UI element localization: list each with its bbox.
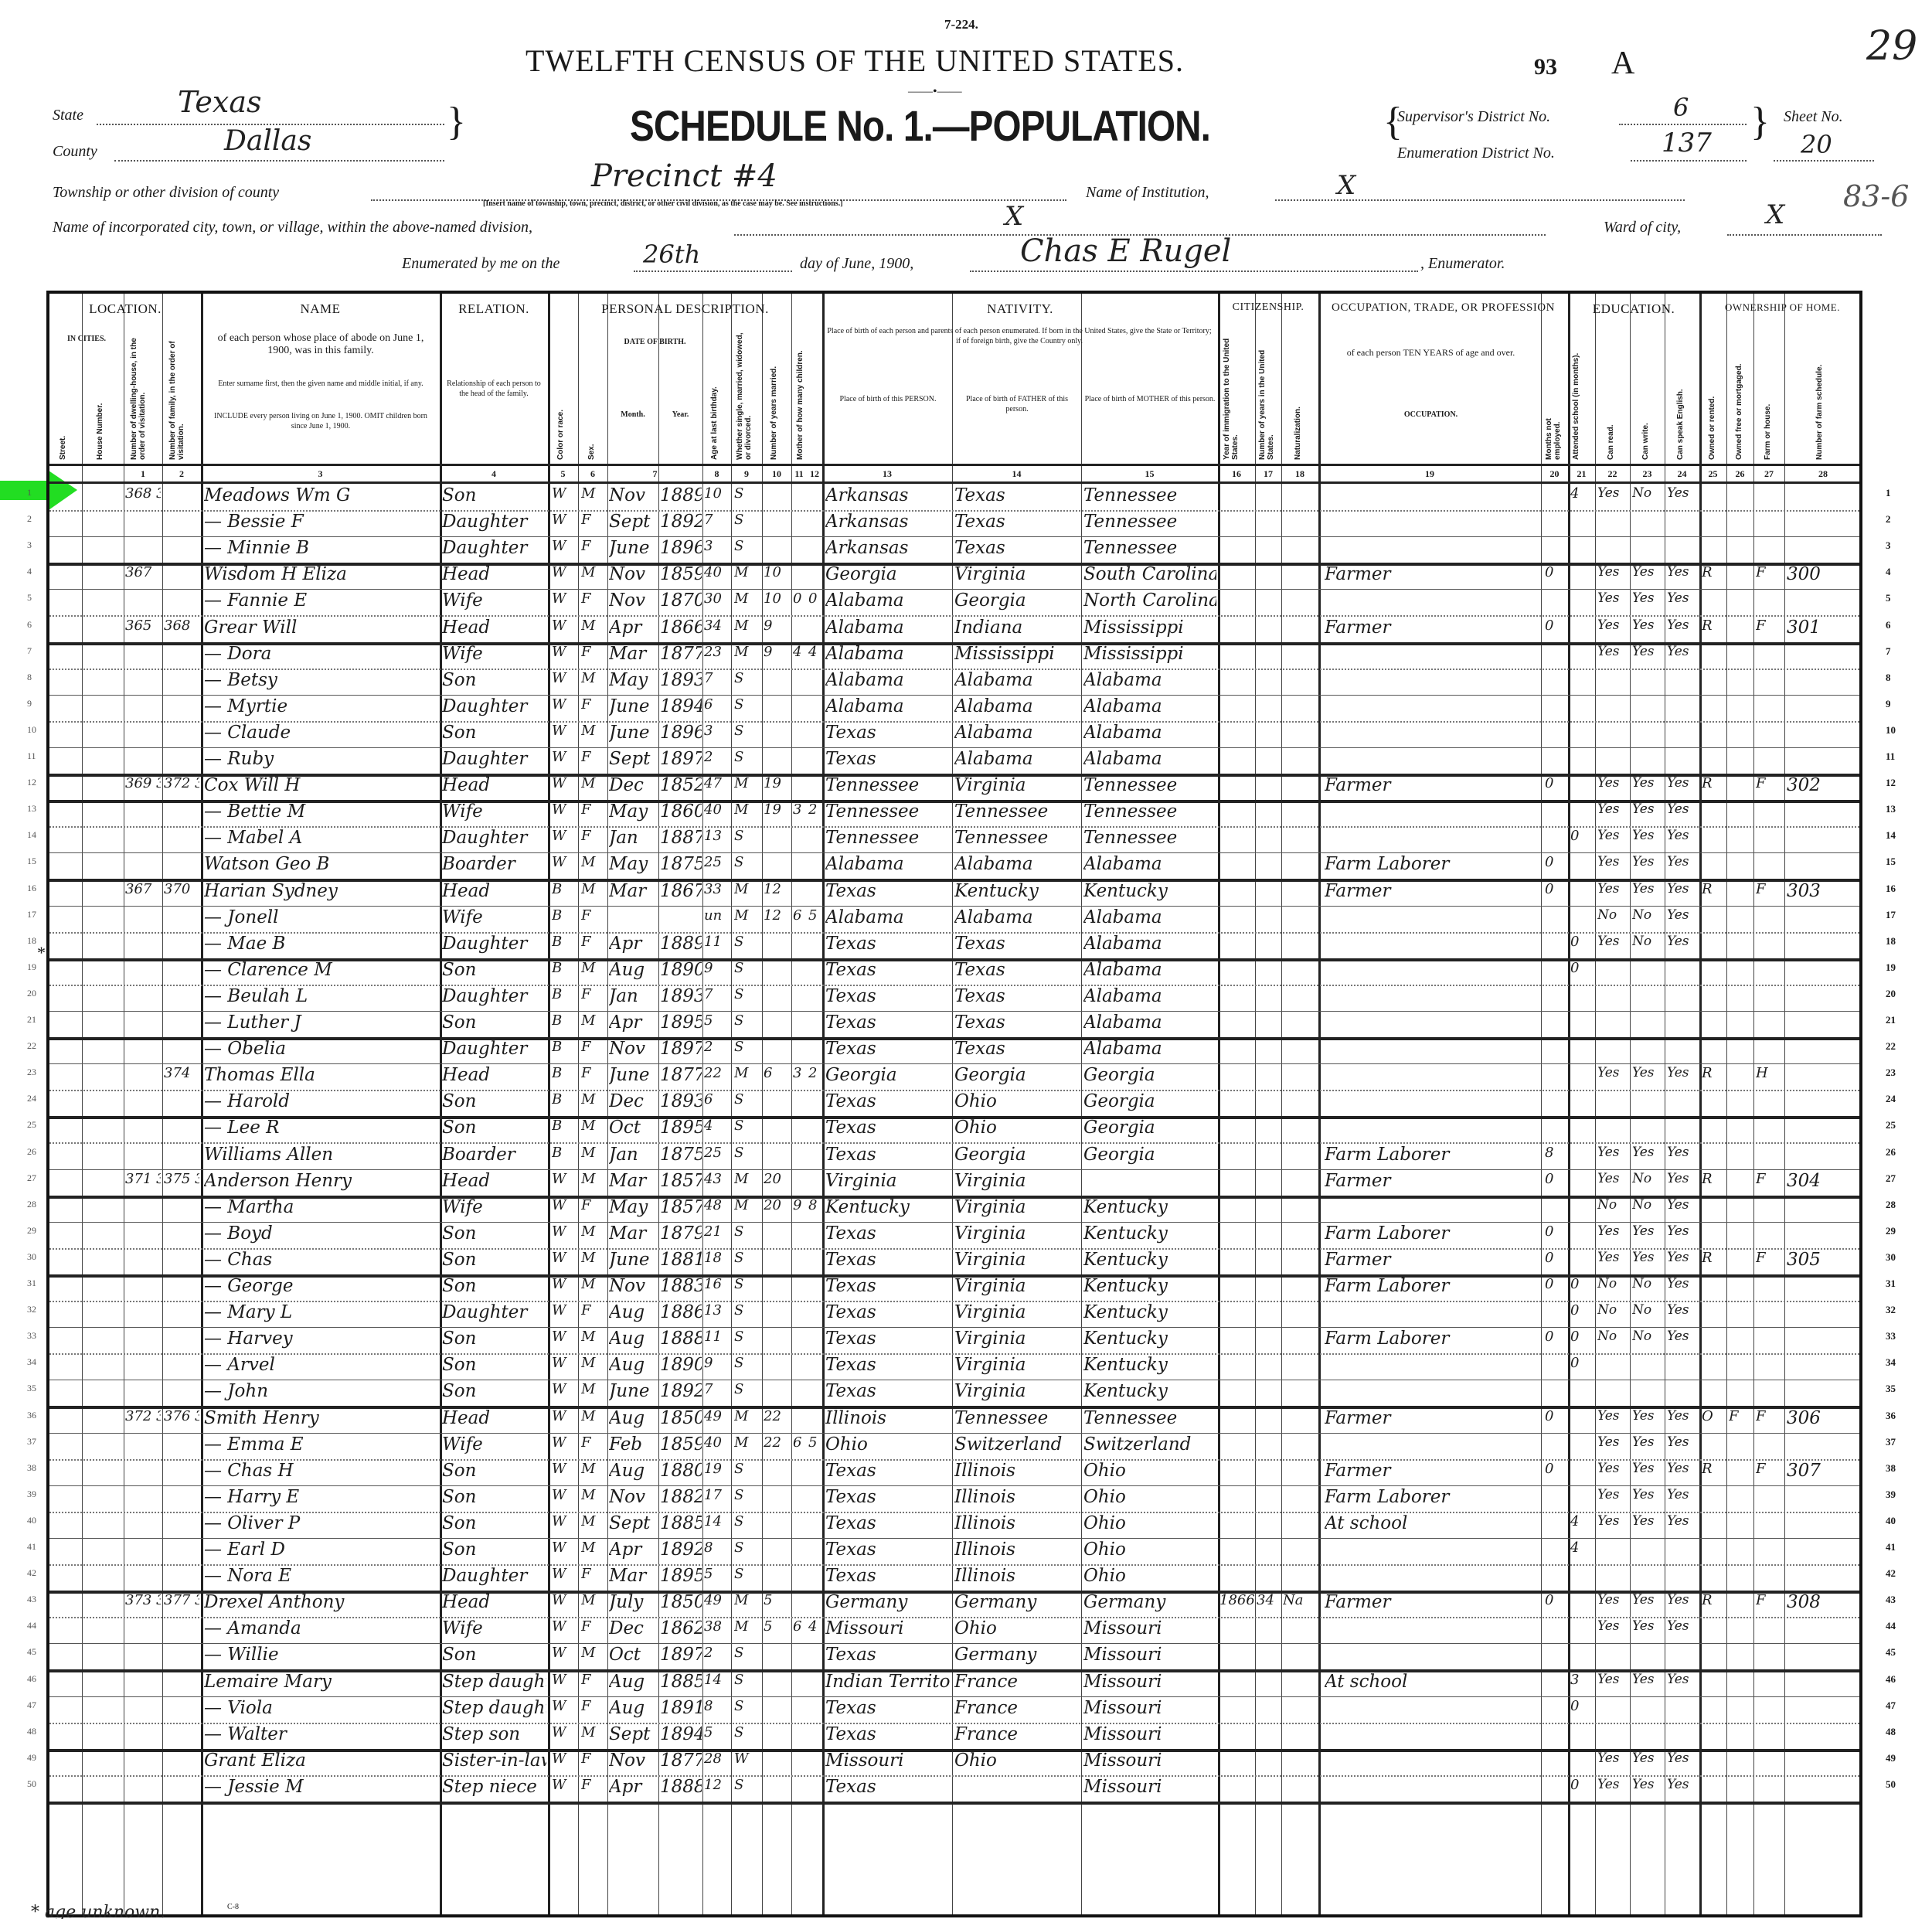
left-line-number: 11 xyxy=(27,750,36,762)
county-label: County xyxy=(53,143,97,161)
birth-year-cell: 1880 xyxy=(660,1461,702,1481)
color-race-cell: W xyxy=(552,1302,577,1318)
age-cell: 7 xyxy=(704,1381,730,1397)
can-read-cell: Yes xyxy=(1597,934,1628,949)
children-living-cell: 4 xyxy=(808,1618,822,1635)
left-line-number: 12 xyxy=(27,777,36,788)
birthplace-father-cell: Texas xyxy=(954,485,1080,505)
table-row: — MarthaWifeWFMay185748M2098KentuckyVirg… xyxy=(49,1196,1859,1223)
birth-month-cell: Apr xyxy=(609,1540,658,1560)
color-race-cell: W xyxy=(552,1618,577,1635)
can-speak-english-cell: Yes xyxy=(1667,1461,1698,1476)
birthplace-person-cell: Texas xyxy=(825,1355,951,1375)
birthplace-mother-cell: Missouri xyxy=(1083,1672,1216,1692)
sex-cell: M xyxy=(581,1487,606,1503)
birth-year-cell: 1892 xyxy=(660,1540,702,1560)
color-race-cell: W xyxy=(552,1355,577,1371)
can-speak-english-cell: Yes xyxy=(1667,1329,1698,1344)
sex-cell: M xyxy=(581,564,606,580)
left-line-number: 1 xyxy=(27,487,32,498)
group-nativity: NATIVITY. xyxy=(822,301,1218,317)
person-name-cell: Cox Will H xyxy=(204,775,437,795)
left-line-number: 7 xyxy=(27,645,32,657)
col-months-unemployed-header: Months not employed. xyxy=(1545,379,1566,460)
sex-cell: F xyxy=(581,1197,606,1213)
birthplace-person-cell: Texas xyxy=(825,1698,951,1718)
can-speak-english-cell: Yes xyxy=(1667,644,1698,659)
person-name-cell: Harian Sydney xyxy=(204,881,437,901)
page-handwritten-number: 29 xyxy=(1866,23,1917,70)
years-married-cell: 5 xyxy=(764,1592,790,1608)
birth-month-cell: Aug xyxy=(609,960,658,980)
table-row: 374Thomas EllaHeadBFJune187722M632Georgi… xyxy=(49,1063,1859,1091)
in-cities-label: IN CITIES. xyxy=(49,334,124,344)
line-number: 39 xyxy=(1886,1489,1896,1501)
person-name-cell: — Betsy xyxy=(204,670,437,690)
age-cell: 13 xyxy=(704,828,730,844)
marital-status-cell: S xyxy=(734,723,760,739)
months-unemployed-cell: 0 xyxy=(1545,1171,1566,1187)
left-line-number: 24 xyxy=(27,1093,36,1104)
institution-value: X xyxy=(1337,170,1355,201)
can-read-cell: Yes xyxy=(1597,1461,1628,1476)
table-row: — Luther JSonBMApr18955STexasTexasAlabam… xyxy=(49,1011,1859,1040)
table-row: Williams AllenBoarderBMJan187525STexasGe… xyxy=(49,1143,1859,1170)
birth-year-cell: 1877 xyxy=(660,644,702,664)
birthplace-person-cell: Texas xyxy=(825,1276,951,1296)
attended-school-cell: 0 xyxy=(1570,1355,1594,1371)
col-color-header: Color or race. xyxy=(556,386,565,460)
supervisor-label: Supervisor's District No. xyxy=(1397,108,1550,126)
marital-status-cell: M xyxy=(734,1408,760,1424)
relation-cell: Daughter xyxy=(442,986,546,1006)
table-row: — Bessie FDaughterWFSept18927SArkansasTe… xyxy=(49,510,1859,537)
line-number: 29 xyxy=(1886,1225,1896,1237)
line-number: 26 xyxy=(1886,1146,1896,1159)
person-name-cell: — Jessie M xyxy=(204,1777,437,1797)
left-line-number: 14 xyxy=(27,829,36,841)
county-value: Dallas xyxy=(224,125,311,157)
person-name-cell: Wisdom H Eliza xyxy=(204,564,437,584)
group-personal-description: PERSONAL DESCRIPTION. xyxy=(548,301,822,317)
color-race-cell: W xyxy=(552,1698,577,1714)
owned-rented-cell: R xyxy=(1702,618,1725,634)
col-family-header: Number of family, in the order of visita… xyxy=(168,332,195,460)
marital-status-cell: S xyxy=(734,1329,760,1345)
document-title: TWELFTH CENSUS OF THE UNITED STATES. xyxy=(526,43,1184,79)
color-race-cell: W xyxy=(552,749,577,765)
marital-status-cell: M xyxy=(734,618,760,634)
birth-month-cell: Mar xyxy=(609,881,658,901)
person-name-cell: — Chas H xyxy=(204,1461,437,1481)
ward-label: Ward of city, xyxy=(1604,219,1681,236)
line-number: 48 xyxy=(1886,1726,1896,1738)
person-name-cell: — Dora xyxy=(204,644,437,664)
age-cell: 7 xyxy=(704,670,730,686)
birth-year-cell: 1893 xyxy=(660,670,702,690)
line-number: 41 xyxy=(1886,1541,1896,1553)
group-citizenship: CITIZENSHIP. xyxy=(1218,301,1318,314)
age-cell: 18 xyxy=(704,1250,730,1266)
sex-cell: M xyxy=(581,1329,606,1345)
birthplace-mother-cell: Ohio xyxy=(1083,1513,1216,1533)
birthplace-person-cell: Texas xyxy=(825,1329,951,1349)
can-speak-english-cell: Yes xyxy=(1667,854,1698,869)
mother-of-children-cell: 3 xyxy=(793,801,807,818)
col-number: 12 xyxy=(807,468,822,480)
color-race-cell: W xyxy=(552,1566,577,1582)
left-line-number: 6 xyxy=(27,619,32,631)
birth-month-cell: Mar xyxy=(609,1223,658,1244)
sex-cell: M xyxy=(581,854,606,870)
children-living-cell: 2 xyxy=(808,1065,822,1081)
birth-month-cell: June xyxy=(609,538,658,558)
table-row: 372 369376 373Smith HenryHeadWMAug185049… xyxy=(49,1407,1859,1434)
table-row: — Beulah LDaughterBFJan18937STexasTexasA… xyxy=(49,985,1859,1012)
months-unemployed-cell: 0 xyxy=(1545,1223,1566,1240)
birthplace-mother-cell: Missouri xyxy=(1083,1618,1216,1638)
marital-status-cell: S xyxy=(734,1012,760,1029)
person-name-cell: — Minnie B xyxy=(204,538,437,558)
left-line-number: 31 xyxy=(27,1278,36,1289)
sex-cell: M xyxy=(581,1223,606,1240)
can-speak-english-cell: Yes xyxy=(1667,1618,1698,1634)
person-name-cell: Grant Eliza xyxy=(204,1751,437,1771)
years-married-cell: 5 xyxy=(764,1618,790,1635)
col-year-header: Year. xyxy=(658,410,702,420)
color-race-cell: W xyxy=(552,644,577,660)
birth-month-cell: Nov xyxy=(609,485,658,505)
occupation-cell: Farmer xyxy=(1325,1250,1539,1270)
dwelling-number-cell: 371 368 xyxy=(125,1171,161,1187)
col-birth-mother-header: Place of birth of MOTHER of this person. xyxy=(1084,394,1216,404)
line-number: 23 xyxy=(1886,1067,1896,1079)
birth-year-cell: 1889 xyxy=(660,934,702,954)
marital-status-cell: S xyxy=(734,1461,760,1477)
birth-year-cell: 1896 xyxy=(660,723,702,743)
person-name-cell: — Harold xyxy=(204,1091,437,1111)
age-cell: 14 xyxy=(704,1672,730,1688)
birth-month-cell: Aug xyxy=(609,1302,658,1322)
birth-month-cell: Apr xyxy=(609,618,658,638)
farm-schedule-cell: 306 xyxy=(1787,1408,1860,1428)
col-number: 27 xyxy=(1753,468,1784,480)
person-name-cell: — Harry E xyxy=(204,1487,437,1507)
table-row: — Mae BDaughterBFApr188911STexasTexasAla… xyxy=(49,932,1859,961)
birth-year-cell: 1895 xyxy=(660,1012,702,1033)
marital-status-cell: M xyxy=(734,1592,760,1608)
relation-cell: Step son xyxy=(442,1724,546,1744)
left-line-number: 28 xyxy=(27,1199,36,1210)
marital-status-cell: S xyxy=(734,1276,760,1292)
birthplace-father-cell: Mississippi xyxy=(954,644,1080,664)
farm-house-cell: F xyxy=(1756,1461,1783,1477)
left-line-number: 39 xyxy=(27,1489,36,1500)
enumerated-day: 26th xyxy=(643,240,700,269)
color-race-cell: W xyxy=(552,485,577,502)
enumerator-name: Chas E Rugel xyxy=(1020,233,1231,269)
marital-status-cell: S xyxy=(734,1724,760,1740)
can-speak-english-cell: Yes xyxy=(1667,1777,1698,1792)
birthplace-mother-cell: Alabama xyxy=(1083,723,1216,743)
sex-cell: F xyxy=(581,749,606,765)
birth-month-cell: Mar xyxy=(609,1566,658,1586)
relation-cell: Son xyxy=(442,1355,546,1375)
sex-cell: M xyxy=(581,1645,606,1661)
left-line-number: 16 xyxy=(27,883,36,894)
col-owned-free-header: Owned free or mortgaged. xyxy=(1735,325,1743,460)
person-name-cell: — Ruby xyxy=(204,749,437,769)
col-can-speak-english-header: Can speak English. xyxy=(1676,356,1685,460)
person-name-cell: — Claude xyxy=(204,723,437,743)
sex-cell: M xyxy=(581,1355,606,1371)
birthplace-person-cell: Texas xyxy=(825,1540,951,1560)
person-name-cell: — Willie xyxy=(204,1645,437,1665)
birthplace-father-cell: France xyxy=(954,1698,1080,1718)
left-line-number: 35 xyxy=(27,1383,36,1394)
age-cell: 13 xyxy=(704,1302,730,1318)
line-number: 47 xyxy=(1886,1700,1896,1712)
birthplace-mother-cell: Tennessee xyxy=(1083,828,1216,848)
table-row: — ArvelSonWMAug18909STexasVirginiaKentuc… xyxy=(49,1353,1859,1380)
years-married-cell: 22 xyxy=(764,1434,790,1451)
left-line-number: 36 xyxy=(27,1410,36,1421)
attended-school-cell: 0 xyxy=(1570,1777,1594,1793)
can-read-cell: Yes xyxy=(1597,1487,1628,1502)
can-write-cell: Yes xyxy=(1632,801,1663,817)
months-unemployed-cell: 0 xyxy=(1545,1408,1566,1424)
can-speak-english-cell: Yes xyxy=(1667,590,1698,606)
birthplace-father-cell: Georgia xyxy=(954,1065,1080,1085)
age-cell: 49 xyxy=(704,1408,730,1424)
person-name-cell: Watson Geo B xyxy=(204,854,437,874)
birth-year-cell: 1883 xyxy=(660,1276,702,1296)
birthplace-person-cell: Texas xyxy=(825,723,951,743)
sex-cell: M xyxy=(581,1461,606,1477)
person-name-cell: — Lee R xyxy=(204,1118,437,1138)
col-number: 14 xyxy=(952,468,1081,480)
birth-month-cell: Aug xyxy=(609,1672,658,1692)
census-table: LOCATION. NAME RELATION. PERSONAL DESCRI… xyxy=(46,291,1862,1917)
table-row: — Mary LDaughterWFAug188613STexasVirgini… xyxy=(49,1301,1859,1328)
relation-description: Relationship of each person to the head … xyxy=(444,379,544,399)
left-line-number: 9 xyxy=(27,698,32,709)
enumerated-suffix: day of June, 1900, xyxy=(800,255,913,273)
birthplace-mother-cell: Tennessee xyxy=(1083,485,1216,505)
birthplace-father-cell: Ohio xyxy=(954,1751,1080,1771)
can-read-cell: Yes xyxy=(1597,1672,1628,1687)
line-number: 3 xyxy=(1886,539,1891,552)
age-cell: 2 xyxy=(704,749,730,765)
person-name-cell: — Nora E xyxy=(204,1566,437,1586)
col-number: 17 xyxy=(1255,468,1281,480)
farm-schedule-cell: 301 xyxy=(1787,618,1860,638)
line-number: 37 xyxy=(1886,1436,1896,1448)
birthplace-father-cell: Illinois xyxy=(954,1461,1080,1481)
can-speak-english-cell: Yes xyxy=(1667,828,1698,843)
age-cell: un xyxy=(704,907,730,924)
color-race-cell: W xyxy=(552,590,577,607)
can-write-cell: No xyxy=(1632,1302,1663,1318)
person-name-cell: — Martha xyxy=(204,1197,437,1217)
occupation-cell: Farmer xyxy=(1325,775,1539,795)
line-number: 21 xyxy=(1886,1014,1896,1026)
relation-cell: Daughter xyxy=(442,1039,546,1059)
marital-status-cell: M xyxy=(734,1618,760,1635)
farm-house-cell: F xyxy=(1756,881,1783,897)
owned-rented-cell: R xyxy=(1702,1065,1725,1081)
months-unemployed-cell: 0 xyxy=(1545,775,1566,791)
age-cell: 8 xyxy=(704,1698,730,1714)
col-age-header: Age at last birthday. xyxy=(710,363,719,460)
line-number: 12 xyxy=(1886,777,1896,789)
line-number: 28 xyxy=(1886,1199,1896,1211)
birth-year-cell: 1886 xyxy=(660,1302,702,1322)
col-birth-person-header: Place of birth of this PERSON. xyxy=(826,394,950,404)
color-race-cell: B xyxy=(552,960,577,976)
enumerator-label: , Enumerator. xyxy=(1420,255,1505,273)
can-speak-english-cell: Yes xyxy=(1667,907,1698,923)
can-write-cell: No xyxy=(1632,907,1663,923)
birth-year-cell: 1859 xyxy=(660,1434,702,1455)
color-race-cell: W xyxy=(552,1276,577,1292)
can-speak-english-cell: Yes xyxy=(1667,801,1698,817)
marital-status-cell: S xyxy=(734,1223,760,1240)
birthplace-mother-cell: Missouri xyxy=(1083,1777,1216,1797)
line-number: 13 xyxy=(1886,803,1896,815)
birthplace-father-cell: Switzerland xyxy=(954,1434,1080,1455)
can-write-cell: No xyxy=(1632,1197,1663,1213)
color-race-cell: W xyxy=(552,670,577,686)
relation-cell: Son xyxy=(442,1223,546,1244)
birthplace-mother-cell: Germany xyxy=(1083,1592,1216,1612)
birthplace-father-cell: Alabama xyxy=(954,749,1080,769)
birthplace-person-cell: Texas xyxy=(825,1118,951,1138)
birthplace-person-cell: Texas xyxy=(825,1250,951,1270)
dwelling-number-cell: 372 369 xyxy=(125,1408,161,1424)
sex-cell: F xyxy=(581,1065,606,1081)
birthplace-person-cell: Virginia xyxy=(825,1171,951,1191)
color-race-cell: B xyxy=(552,1065,577,1081)
can-write-cell: Yes xyxy=(1632,1145,1663,1160)
form-code: C-8 xyxy=(227,1903,239,1911)
person-name-cell: Thomas Ella xyxy=(204,1065,437,1085)
person-name-cell: — Oliver P xyxy=(204,1513,437,1533)
birthplace-father-cell: Virginia xyxy=(954,1223,1080,1244)
marital-status-cell: M xyxy=(734,564,760,580)
birthplace-mother-cell: Alabama xyxy=(1083,696,1216,716)
table-row: 367370Harian SydneyHeadBMMar186733M12Tex… xyxy=(49,880,1859,907)
birthplace-person-cell: Texas xyxy=(825,960,951,980)
can-speak-english-cell: Yes xyxy=(1667,1276,1698,1291)
color-race-cell: W xyxy=(552,564,577,580)
sex-cell: F xyxy=(581,696,606,713)
occupation-cell: Farmer xyxy=(1325,1461,1539,1481)
can-speak-english-cell: Yes xyxy=(1667,775,1698,791)
sex-cell: F xyxy=(581,1777,606,1793)
attended-school-cell: 0 xyxy=(1570,1698,1594,1714)
age-cell: 10 xyxy=(704,485,730,502)
children-living-cell: 0 xyxy=(808,590,822,607)
occupation-cell: Farmer xyxy=(1325,1408,1539,1428)
line-number: 30 xyxy=(1886,1251,1896,1264)
can-write-cell: Yes xyxy=(1632,1065,1663,1080)
age-cell: 30 xyxy=(704,590,730,607)
birth-year-cell: 1893 xyxy=(660,986,702,1006)
birth-month-cell: Jan xyxy=(609,1145,658,1165)
table-row: — Minnie BDaughterWFJune18963SArkansasTe… xyxy=(49,536,1859,566)
line-number: 38 xyxy=(1886,1462,1896,1475)
birth-year-cell: 1857 xyxy=(660,1171,702,1191)
can-write-cell: No xyxy=(1632,1276,1663,1291)
relation-cell: Boarder xyxy=(442,854,546,874)
relation-cell: Head xyxy=(442,618,546,638)
birth-year-cell: 1866 xyxy=(660,618,702,638)
can-write-cell: Yes xyxy=(1632,1461,1663,1476)
age-cell: 33 xyxy=(704,881,730,897)
age-cell: 40 xyxy=(704,1434,730,1451)
can-speak-english-cell: Yes xyxy=(1667,1171,1698,1186)
color-race-cell: W xyxy=(552,854,577,870)
line-number: 9 xyxy=(1886,698,1891,710)
birthplace-father-cell: Texas xyxy=(954,934,1080,954)
color-race-cell: W xyxy=(552,512,577,528)
age-cell: 3 xyxy=(704,538,730,554)
birth-month-cell: Nov xyxy=(609,1276,658,1296)
can-write-cell: No xyxy=(1632,485,1663,501)
birth-month-cell: Nov xyxy=(609,1039,658,1059)
left-line-number: 8 xyxy=(27,672,32,683)
line-number: 14 xyxy=(1886,829,1896,842)
color-race-cell: B xyxy=(552,1091,577,1108)
birth-year-cell: 1896 xyxy=(660,538,702,558)
sex-cell: F xyxy=(581,1566,606,1582)
months-unemployed-cell: 0 xyxy=(1545,1592,1566,1608)
sex-cell: M xyxy=(581,670,606,686)
birthplace-mother-cell: Georgia xyxy=(1083,1145,1216,1165)
birthplace-mother-cell: Tennessee xyxy=(1083,538,1216,558)
birthplace-father-cell: Virginia xyxy=(954,1171,1080,1191)
group-education: EDUCATION. xyxy=(1568,301,1699,317)
relation-cell: Son xyxy=(442,960,546,980)
birthplace-mother-cell: Kentucky xyxy=(1083,881,1216,901)
age-cell: 6 xyxy=(704,1091,730,1108)
col-number: 3 xyxy=(201,468,440,480)
age-cell: 19 xyxy=(704,1461,730,1477)
birthplace-person-cell: Texas xyxy=(825,1091,951,1111)
birth-year-cell: 1877 xyxy=(660,1065,702,1085)
color-race-cell: B xyxy=(552,1039,577,1055)
birth-month-cell: Apr xyxy=(609,1777,658,1797)
can-read-cell: Yes xyxy=(1597,1751,1628,1766)
can-read-cell: Yes xyxy=(1597,644,1628,659)
col-number: 11 xyxy=(791,468,807,480)
birth-month-cell: Jan xyxy=(609,986,658,1006)
color-race-cell: W xyxy=(552,828,577,844)
birthplace-father-cell: Tennessee xyxy=(954,828,1080,848)
birthplace-mother-cell: Alabama xyxy=(1083,854,1216,874)
can-read-cell: Yes xyxy=(1597,1065,1628,1080)
can-read-cell: Yes xyxy=(1597,828,1628,843)
birthplace-father-cell: Kentucky xyxy=(954,881,1080,901)
birthplace-person-cell: Texas xyxy=(825,986,951,1006)
left-line-number: 47 xyxy=(27,1700,36,1711)
birthplace-father-cell: Georgia xyxy=(954,590,1080,611)
line-number: 2 xyxy=(1886,513,1891,526)
left-line-number: 30 xyxy=(27,1251,36,1263)
township-note: [Insert name of township, town, precinct… xyxy=(483,199,843,208)
can-speak-english-cell: Yes xyxy=(1667,1434,1698,1450)
